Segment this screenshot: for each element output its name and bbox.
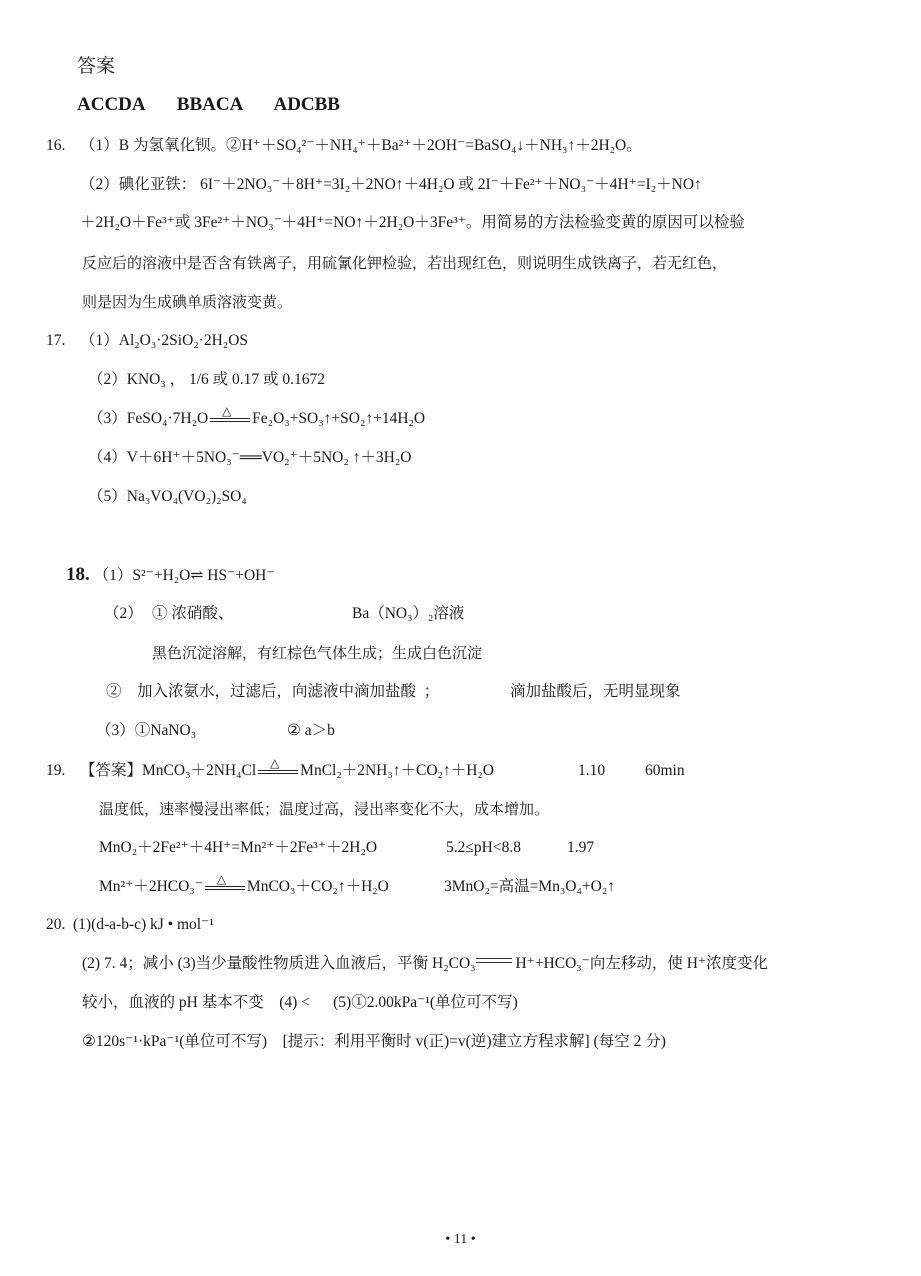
q19-line3-ph-range: 5.2≤pH<8.8 (446, 838, 521, 858)
q20-line2-right: H⁺+HCO₃⁻向左移动，使 H⁺浓度变化 (512, 955, 769, 972)
q19-eq4-reactant: Mn²⁺＋2HCO₃⁻ (99, 878, 203, 895)
q16-part2-line4: 则是因为生成碘单质溶液变黄。 (82, 292, 292, 312)
q18-part2-observation: 黑色沉淀溶解，有红棕色气体生成；生成白色沉淀 (152, 643, 482, 663)
q20-line3: 较小，血液的 pH 基本不变 (4) < (5)①2.00kPa⁻¹(单位可不写… (82, 993, 518, 1013)
q17-part5: （5）Na₃VO₄(VO₂)₂SO₄ (88, 487, 247, 507)
q18-row1: 18. （1）S²⁻+H₂O⇌ HS⁻+OH⁻ (66, 565, 275, 586)
q18-part2-b: Ba（NO₃）₂溶液 (352, 604, 464, 624)
q18-part1: （1）S²⁻+H₂O⇌ HS⁻+OH⁻ (94, 567, 275, 584)
page-number: • 11 • (0, 1232, 921, 1248)
q18-part2-label: （2） (104, 604, 143, 624)
q17-part3-product: Fe₂O₃+SO₃↑+SO₂↑+14H₂O (252, 410, 425, 427)
q19-line4-value: 3MnO₂=高温=Mn₃O₄+O₂↑ (444, 877, 615, 897)
answer-title: 答案 (77, 56, 115, 76)
q17-part3: （3）FeSO₄·7H₂O△Fe₂O₃+SO₃↑+SO₂↑+14H₂O (88, 409, 425, 429)
multiple-choice-answers: ACCDA BBACA ADCBB (77, 95, 340, 115)
q16-part2-line1: （2）碘化亚铁： 6I⁻＋2NO₃⁻＋8H⁺=3I₂＋2NO↑＋4H₂O 或 2… (80, 175, 702, 195)
q18-number: 18. (66, 564, 90, 585)
q16-part2-line2: ＋2H₂O＋Fe³⁺或 3Fe²⁺＋NO₃⁻＋4H⁺=NO↑＋2H₂O＋3Fe³… (80, 213, 745, 233)
q17-part1: （1）Al₂O₃·2SiO₂·2H₂OS (80, 331, 248, 351)
q19-eq1-reactant: 【答案】MnCO₃＋2NH₄Cl (80, 762, 256, 779)
q19-eq1-product: MnCl₂＋2NH₃↑＋CO₂↑＋H₂O (300, 762, 494, 779)
q18-part3-a: （3）①NaNO₃ (96, 721, 196, 741)
q17-part2: （2）KNO₃ ， 1/6 或 0.17 或 0.1672 (88, 370, 325, 390)
q18-part2-a: ① 浓硝酸、 (152, 604, 233, 624)
q18-part3-b: ② a＞b (287, 721, 335, 741)
q20-line2: (2) 7. 4；减小 (3)当少量酸性物质进入血液后，平衡 H₂CO₃ H⁺+… (82, 954, 768, 974)
q19-line4: Mn²⁺＋2HCO₃⁻△MnCO₃＋CO₂↑＋H₂O (99, 877, 389, 897)
heat-equals-sign: △ (203, 879, 247, 893)
q17-part4: （4）V＋6H⁺＋5NO₃⁻══VO₂⁺＋5NO₂ ↑＋3H₂O (88, 448, 411, 468)
heat-equals-sign: △ (256, 763, 300, 777)
q19-eq4-product: MnCO₃＋CO₂↑＋H₂O (247, 878, 389, 895)
q19-line1: 【答案】MnCO₃＋2NH₄Cl△MnCl₂＋2NH₃↑＋CO₂↑＋H₂O (80, 761, 494, 781)
q19-value-2: 60min (645, 761, 685, 781)
q16-number: 16. (46, 136, 65, 156)
q19-value-1: 1.10 (578, 761, 605, 781)
q18-part2-d: 滴加盐酸后，无明显现象 (510, 682, 681, 702)
q19-number: 19. (46, 761, 65, 781)
q20-line4: ②120s⁻¹·kPa⁻¹(单位可不写) [提示：利用平衡时 v(正)=v(逆)… (82, 1032, 666, 1052)
q17-part3-reactant: （3）FeSO₄·7H₂O (88, 410, 208, 427)
q20-number: 20. (46, 915, 65, 935)
q19-line3-value: 1.97 (567, 838, 594, 858)
q18-part2-c: ② 加入浓氨水，过滤后，向滤液中滴加盐酸 ； (106, 682, 439, 702)
q19-line3-equation: MnO₂＋2Fe²⁺＋4H⁺=Mn²⁺＋2Fe³⁺＋2H₂O (99, 838, 377, 858)
q20-line1: (1)(d-a-b-c) kJ • mol⁻¹ (73, 915, 214, 935)
q20-line2-left: (2) 7. 4；减小 (3)当少量酸性物质进入血液后，平衡 H₂CO₃ (82, 955, 476, 972)
q19-line2: 温度低，速率慢浸出率低；温度过高，浸出率变化不大，成本增加。 (99, 799, 549, 819)
q16-part1: （1）B 为氢氧化钡。②H⁺＋SO₄²⁻＋NH₄⁺＋Ba²⁺＋2OH⁻=BaSO… (80, 136, 642, 156)
reversible-arrow-icon (476, 956, 512, 966)
q17-number: 17. (46, 331, 65, 351)
heat-equals-sign: △ (208, 411, 252, 425)
q16-part2-line3: 反应后的溶液中是否含有铁离子，用硫氰化钾检验，若出现红色，则说明生成铁离子，若无… (82, 253, 727, 273)
